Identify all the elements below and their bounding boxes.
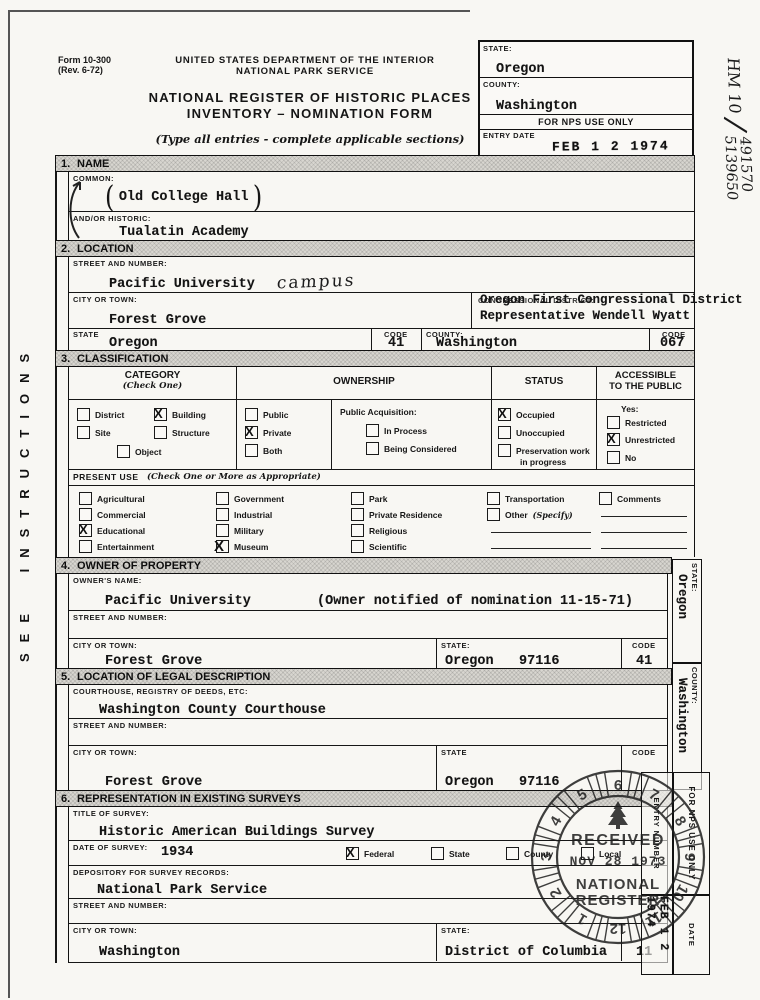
svg-text:5: 5 <box>574 786 590 805</box>
section-4-title: OWNER OF PROPERTY <box>77 560 201 572</box>
svg-text:1: 1 <box>574 909 590 928</box>
state-code-cell: CODE 41 <box>371 329 421 350</box>
depository-value: National Park Service <box>97 883 267 898</box>
form-number-line1: Form 10-300 <box>58 55 111 65</box>
nomination-form-page: Form 10-300 (Rev. 6-72) UNITED STATES DE… <box>0 0 760 1000</box>
section-2-content: STREET AND NUMBER: Pacific University ca… <box>68 257 695 350</box>
comments-checkbox[interactable] <box>599 492 612 505</box>
handwritten-reference: HM 10 / 491570 5139650 <box>719 57 756 250</box>
accessible-yes-label: Yes: <box>621 404 639 414</box>
being-considered-label: Being Considered <box>384 444 457 454</box>
restricted-checkbox[interactable] <box>607 416 620 429</box>
sidebar-state-label: STATE: <box>690 563 699 592</box>
depository-label: DEPOSITORY FOR SURVEY RECORDS: <box>73 868 229 877</box>
district-checkbox[interactable] <box>77 408 90 421</box>
owner-city-value: Forest Grove <box>105 654 202 669</box>
federal-checkbox[interactable]: X <box>346 847 359 860</box>
svg-text:8: 8 <box>670 813 689 829</box>
transportation-checkbox[interactable] <box>487 492 500 505</box>
in-process-label: In Process <box>384 426 427 436</box>
unoccupied-checkbox[interactable] <box>498 426 511 439</box>
courthouse-label: COURTHOUSE, REGISTRY OF DEEDS, ETC: <box>73 687 248 696</box>
svg-text:RECEIVED: RECEIVED <box>571 832 665 849</box>
section-5-bar: 5. LOCATION OF LEGAL DESCRIPTION <box>55 668 672 685</box>
status-cell: XOccupied Unoccupied Preservation work i… <box>491 400 596 469</box>
scan-edge-left <box>8 10 10 998</box>
svg-text:9: 9 <box>681 853 698 861</box>
military-label: Military <box>234 526 264 536</box>
other-blank-line <box>491 532 591 533</box>
checkbox-mark: X <box>245 424 254 439</box>
city-value: Forest Grove <box>109 313 206 328</box>
section-1-bar: 1. NAME <box>55 155 695 172</box>
scientific-checkbox[interactable] <box>351 540 364 553</box>
courthouse-value: Washington County Courthouse <box>99 703 326 718</box>
form-number-line2: (Rev. 6-72) <box>58 65 111 75</box>
agricultural-label: Agricultural <box>97 494 145 504</box>
public-acquisition-cell: Public Acquisition: In Process Being Con… <box>331 400 491 469</box>
legal-street-label: STREET AND NUMBER: <box>73 721 167 730</box>
object-label: Object <box>135 447 161 457</box>
private-label: Private <box>263 428 291 438</box>
building-label: Building <box>172 410 206 420</box>
received-stamp: 123456789101112RECEIVEDNOV 28 1973NATION… <box>528 766 708 948</box>
owner-code-label: CODE <box>632 641 656 650</box>
other-blank-line <box>491 548 591 549</box>
status-header: STATUS <box>492 376 596 387</box>
svg-text:6: 6 <box>614 777 622 794</box>
section-2-bar: 2. LOCATION <box>55 240 695 257</box>
state-cell: STATE Oregon <box>69 329 371 350</box>
handwritten-margin-note: HM 10 / 491570 5139650 <box>697 58 752 248</box>
unrestricted-label: Unrestricted <box>625 435 675 445</box>
classification-body-row: District XBuilding Site Structure Object… <box>69 400 694 470</box>
park-checkbox[interactable] <box>351 492 364 505</box>
site-label: Site <box>95 428 111 438</box>
historic-name-value: Tualatin Academy <box>119 225 249 240</box>
legal-city-value: Forest Grove <box>105 775 202 790</box>
owner-name-value: Pacific University <box>105 594 251 609</box>
accessible-header2: TO THE PUBLIC <box>597 381 694 392</box>
owner-city-cell: CITY OR TOWN: Forest Grove <box>69 639 436 668</box>
sidebar-state-strip: STATE: Oregon <box>672 559 702 663</box>
nps-county-row: COUNTY: Washington <box>480 78 692 115</box>
county-code-value: 067 <box>660 336 684 351</box>
handwritten-slash: / <box>728 118 745 132</box>
owner-code-value: 41 <box>636 654 652 669</box>
handwritten-easting: 5139650 <box>721 135 738 201</box>
other-specify-note: (Specify) <box>533 510 573 520</box>
section-5-title: LOCATION OF LEGAL DESCRIPTION <box>77 671 270 683</box>
sidebar-county-label: COUNTY: <box>690 667 699 704</box>
sidebar-county-value: Washington <box>675 678 689 753</box>
common-name-row: COMMON: ( Old College Hall ) <box>69 172 694 212</box>
unoccupied-label: Unoccupied <box>516 428 565 438</box>
see-instructions-margin: SEE INSTRUCTIONS <box>16 344 42 662</box>
comments-blank-line <box>601 532 687 533</box>
section-1-content: COMMON: ( Old College Hall ) AND/OR HIST… <box>68 172 695 240</box>
both-label: Both <box>263 446 282 456</box>
section-1-title: NAME <box>77 158 109 170</box>
form-title-line2: INVENTORY – NOMINATION FORM <box>110 106 510 122</box>
public-acquisition-label: Public Acquisition: <box>340 407 417 417</box>
preservation-checkbox[interactable] <box>498 444 511 457</box>
ownership-cell: Public XPrivate Both <box>236 400 331 469</box>
svg-text:7: 7 <box>646 786 662 805</box>
being-considered-checkbox[interactable] <box>366 442 379 455</box>
congressional-district-cell: CONGRESSIONAL DISTRICT: Oregon First Con… <box>471 293 694 328</box>
section-4-bar: 4. OWNER OF PROPERTY <box>55 557 672 574</box>
legal-city-cell: CITY OR TOWN: Forest Grove <box>69 746 436 790</box>
entry-date-stamp: FEB 1 2 1974 <box>552 138 670 154</box>
category-cell: District XBuilding Site Structure Object <box>69 400 236 469</box>
other-label: Other <box>505 510 528 520</box>
park-label: Park <box>369 494 387 504</box>
historic-name-label: AND/OR HISTORIC: <box>73 214 151 223</box>
section-5-number: 5. <box>56 671 77 683</box>
form-title-line1: NATIONAL REGISTER OF HISTORIC PLACES <box>110 90 510 106</box>
department-line1: UNITED STATES DEPARTMENT OF THE INTERIOR <box>140 55 470 66</box>
restricted-label: Restricted <box>625 418 667 428</box>
ownership-header-cell: OWNERSHIP <box>236 367 491 399</box>
government-label: Government <box>234 494 284 504</box>
occupied-checkbox[interactable]: X <box>498 408 511 421</box>
survey-city-label: CITY OR TOWN: <box>73 926 137 935</box>
sidebar-state-value: Oregon <box>675 574 689 619</box>
category-header: CATEGORY <box>69 370 236 381</box>
survey-state-label: STATE: <box>441 926 470 935</box>
section-3-content: CATEGORY (Check One) OWNERSHIP STATUS AC… <box>68 367 695 557</box>
see-instructions-text: SEE INSTRUCTIONS <box>17 343 32 662</box>
common-name-value: ( Old College Hall ) <box>105 183 262 211</box>
owner-state-value: Oregon <box>445 654 494 669</box>
commercial-checkbox[interactable] <box>79 508 92 521</box>
legal-city-label: CITY OR TOWN: <box>73 748 137 757</box>
building-checkbox[interactable]: X <box>154 408 167 421</box>
other-checkbox[interactable] <box>487 508 500 521</box>
owner-city-row: CITY OR TOWN: Forest Grove STATE: Oregon… <box>69 639 667 668</box>
county-value: Washington <box>496 99 577 114</box>
structure-label: Structure <box>172 428 210 438</box>
structure-checkbox[interactable] <box>154 426 167 439</box>
handwritten-campus: campus <box>276 271 356 294</box>
nps-state-row: STATE: Oregon <box>480 42 692 78</box>
state-value: Oregon <box>109 336 158 351</box>
ownership-header: OWNERSHIP <box>237 376 491 387</box>
survey-street-label: STREET AND NUMBER: <box>73 901 167 910</box>
handwritten-coordinates: 491570 5139650 <box>721 135 753 202</box>
classification-header-row: CATEGORY (Check One) OWNERSHIP STATUS AC… <box>69 367 694 400</box>
legal-state-value: Oregon <box>445 775 494 790</box>
department-line2: NATIONAL PARK SERVICE <box>140 66 470 77</box>
status-header-cell: STATUS <box>491 367 596 399</box>
scan-edge-top <box>8 10 470 12</box>
owner-name-label: OWNER'S NAME: <box>73 576 142 585</box>
svg-text:NATIONAL: NATIONAL <box>576 876 660 893</box>
industrial-checkbox[interactable] <box>216 508 229 521</box>
industrial-label: Industrial <box>234 510 272 520</box>
state-label: STATE: <box>483 44 512 53</box>
legal-street-row: STREET AND NUMBER: <box>69 719 667 746</box>
public-label: Public <box>263 410 289 420</box>
county-code-cell: CODE 067 <box>649 329 694 350</box>
no-label: No <box>625 453 636 463</box>
private-residence-checkbox[interactable] <box>351 508 364 521</box>
survey-title-value: Historic American Buildings Survey <box>99 825 374 840</box>
legal-state-label: STATE <box>441 748 467 757</box>
form-number: Form 10-300 (Rev. 6-72) <box>58 55 111 75</box>
religious-checkbox[interactable] <box>351 524 364 537</box>
county-label: COUNTY: <box>483 80 520 89</box>
in-process-checkbox[interactable] <box>366 424 379 437</box>
checkbox-mark: X <box>79 522 88 537</box>
congressional-district-value2: Representative Wendell Wyatt <box>480 309 690 323</box>
checkbox-mark: X <box>214 538 224 555</box>
preservation-label-line2: in progress <box>520 457 566 467</box>
occupied-label: Occupied <box>516 410 555 420</box>
survey-date-label: DATE OF SURVEY: <box>73 843 148 852</box>
svg-text:12: 12 <box>610 920 627 937</box>
owner-name-row: OWNER'S NAME: Pacific University (Owner … <box>69 574 667 611</box>
state-value: Oregon <box>496 62 545 77</box>
entertainment-checkbox[interactable] <box>79 540 92 553</box>
educational-checkbox[interactable]: X <box>79 524 92 537</box>
agricultural-checkbox[interactable] <box>79 492 92 505</box>
common-name-typed: Old College Hall <box>119 190 249 205</box>
survey-city-value: Washington <box>99 945 180 960</box>
form-title: NATIONAL REGISTER OF HISTORIC PLACES INV… <box>110 90 510 122</box>
state-survey-label: State <box>449 849 470 859</box>
present-use-label: PRESENT USE <box>73 472 139 482</box>
svg-text:NOV 28 1973: NOV 28 1973 <box>570 854 667 869</box>
handwritten-paren-close: ) <box>253 180 262 215</box>
state-label: STATE <box>73 330 99 339</box>
owner-street-label: STREET AND NUMBER: <box>73 613 167 622</box>
category-subheader: (Check One) <box>69 381 236 391</box>
private-residence-label: Private Residence <box>369 510 442 520</box>
survey-date-value: 1934 <box>161 845 193 860</box>
accessible-cell: Yes: Restricted XUnrestricted No <box>596 400 694 469</box>
department-heading: UNITED STATES DEPARTMENT OF THE INTERIOR… <box>140 55 470 77</box>
survey-title-label: TITLE OF SURVEY: <box>73 809 149 818</box>
section-3-title: CLASSIFICATION <box>77 353 168 365</box>
section-6-title: REPRESENTATION IN EXISTING SURVEYS <box>77 793 301 805</box>
entry-date-label: ENTRY DATE <box>483 131 535 140</box>
no-checkbox[interactable] <box>607 451 620 464</box>
object-checkbox[interactable] <box>117 445 130 458</box>
present-use-header-row: PRESENT USE (Check One or More as Approp… <box>69 470 694 486</box>
both-checkbox[interactable] <box>245 444 258 457</box>
city-cell: CITY OR TOWN: Forest Grove <box>69 293 471 328</box>
present-use-body-row: Agricultural Commercial XEducational Ent… <box>69 486 694 557</box>
section-2-number: 2. <box>56 243 77 255</box>
city-district-row: CITY OR TOWN: Forest Grove CONGRESSIONAL… <box>69 293 694 329</box>
owner-code-cell: CODE 41 <box>621 639 667 668</box>
owner-state-cell: STATE: Oregon 97116 <box>436 639 621 668</box>
nps-use-only-label: FOR NPS USE ONLY <box>480 115 692 130</box>
survey-city-cell: CITY OR TOWN: Washington <box>69 924 436 961</box>
comments-blank-line <box>601 516 687 517</box>
owner-state-label: STATE: <box>441 641 470 650</box>
street-value: Pacific University <box>109 277 255 292</box>
comments-label: Comments <box>617 494 661 504</box>
historic-name-row: AND/OR HISTORIC: Tualatin Academy <box>69 212 694 240</box>
checkbox-mark: X <box>154 406 163 421</box>
scientific-label: Scientific <box>369 542 407 552</box>
government-checkbox[interactable] <box>216 492 229 505</box>
museum-checkbox[interactable]: X <box>216 540 229 553</box>
svg-text:3: 3 <box>538 853 555 861</box>
category-header-cell: CATEGORY (Check One) <box>69 367 236 399</box>
museum-label: Museum <box>234 542 268 552</box>
state-county-row: STATE Oregon CODE 41 COUNTY: Washington … <box>69 329 694 350</box>
owner-notified-note: (Owner notified of nomination 11-15-71) <box>317 594 633 609</box>
transportation-label: Transportation <box>505 494 565 504</box>
svg-text:4: 4 <box>547 813 566 829</box>
county-value: Washington <box>436 336 517 351</box>
owner-street-row: STREET AND NUMBER: <box>69 611 667 639</box>
section-2-title: LOCATION <box>77 243 134 255</box>
accessible-header-cell: ACCESSIBLE TO THE PUBLIC <box>596 367 694 399</box>
handwritten-paren-open: ( <box>105 180 114 215</box>
entertainment-label: Entertainment <box>97 542 154 552</box>
preservation-label: Preservation work <box>516 446 590 456</box>
section-3-bar: 3. CLASSIFICATION <box>55 350 695 367</box>
site-checkbox[interactable] <box>77 426 90 439</box>
religious-label: Religious <box>369 526 407 536</box>
section-4-content: OWNER'S NAME: Pacific University (Owner … <box>68 574 668 668</box>
legal-code-label: CODE <box>632 748 656 757</box>
checkbox-mark: X <box>346 845 355 860</box>
checkbox-mark: X <box>607 431 616 446</box>
section-3-number: 3. <box>56 353 77 365</box>
military-checkbox[interactable] <box>216 524 229 537</box>
public-checkbox[interactable] <box>245 408 258 421</box>
unrestricted-checkbox[interactable]: X <box>607 433 620 446</box>
type-instructions-note: (Type all entries - complete applicable … <box>110 132 510 146</box>
owner-zip-value: 97116 <box>519 654 560 669</box>
courthouse-row: COURTHOUSE, REGISTRY OF DEEDS, ETC: Wash… <box>69 685 667 719</box>
educational-label: Educational <box>97 526 145 536</box>
checkbox-mark: X <box>498 406 507 421</box>
commercial-label: Commercial <box>97 510 146 520</box>
county-survey-checkbox[interactable] <box>506 847 519 860</box>
federal-label: Federal <box>364 849 394 859</box>
accessible-header1: ACCESSIBLE <box>597 370 694 381</box>
state-survey-checkbox[interactable] <box>431 847 444 860</box>
street-row: STREET AND NUMBER: Pacific University ca… <box>69 257 694 293</box>
entry-date-row: ENTRY DATE FEB 1 2 1974 <box>480 130 692 156</box>
handwritten-code: HM 10 <box>726 57 743 114</box>
street-value-wrap: Pacific University campus <box>109 272 356 292</box>
section-4-number: 4. <box>56 560 77 572</box>
svg-text:2: 2 <box>547 885 566 901</box>
county-cell: COUNTY: Washington <box>421 329 649 350</box>
congressional-district-value1: Oregon First Congressional District <box>480 293 743 307</box>
private-checkbox[interactable]: X <box>245 426 258 439</box>
present-use-note: (Check One or More as Appropriate) <box>147 472 321 482</box>
section-1-number: 1. <box>56 158 77 170</box>
state-code-value: 41 <box>388 336 404 351</box>
street-label: STREET AND NUMBER: <box>73 259 167 268</box>
section-6-number: 6. <box>56 793 77 805</box>
svg-text:REGISTER: REGISTER <box>576 892 661 909</box>
comments-blank-line <box>601 548 687 549</box>
district-label: District <box>95 410 124 420</box>
city-label: CITY OR TOWN: <box>73 295 137 304</box>
owner-city-label: CITY OR TOWN: <box>73 641 137 650</box>
nps-use-box: STATE: Oregon COUNTY: Washington FOR NPS… <box>478 40 694 158</box>
